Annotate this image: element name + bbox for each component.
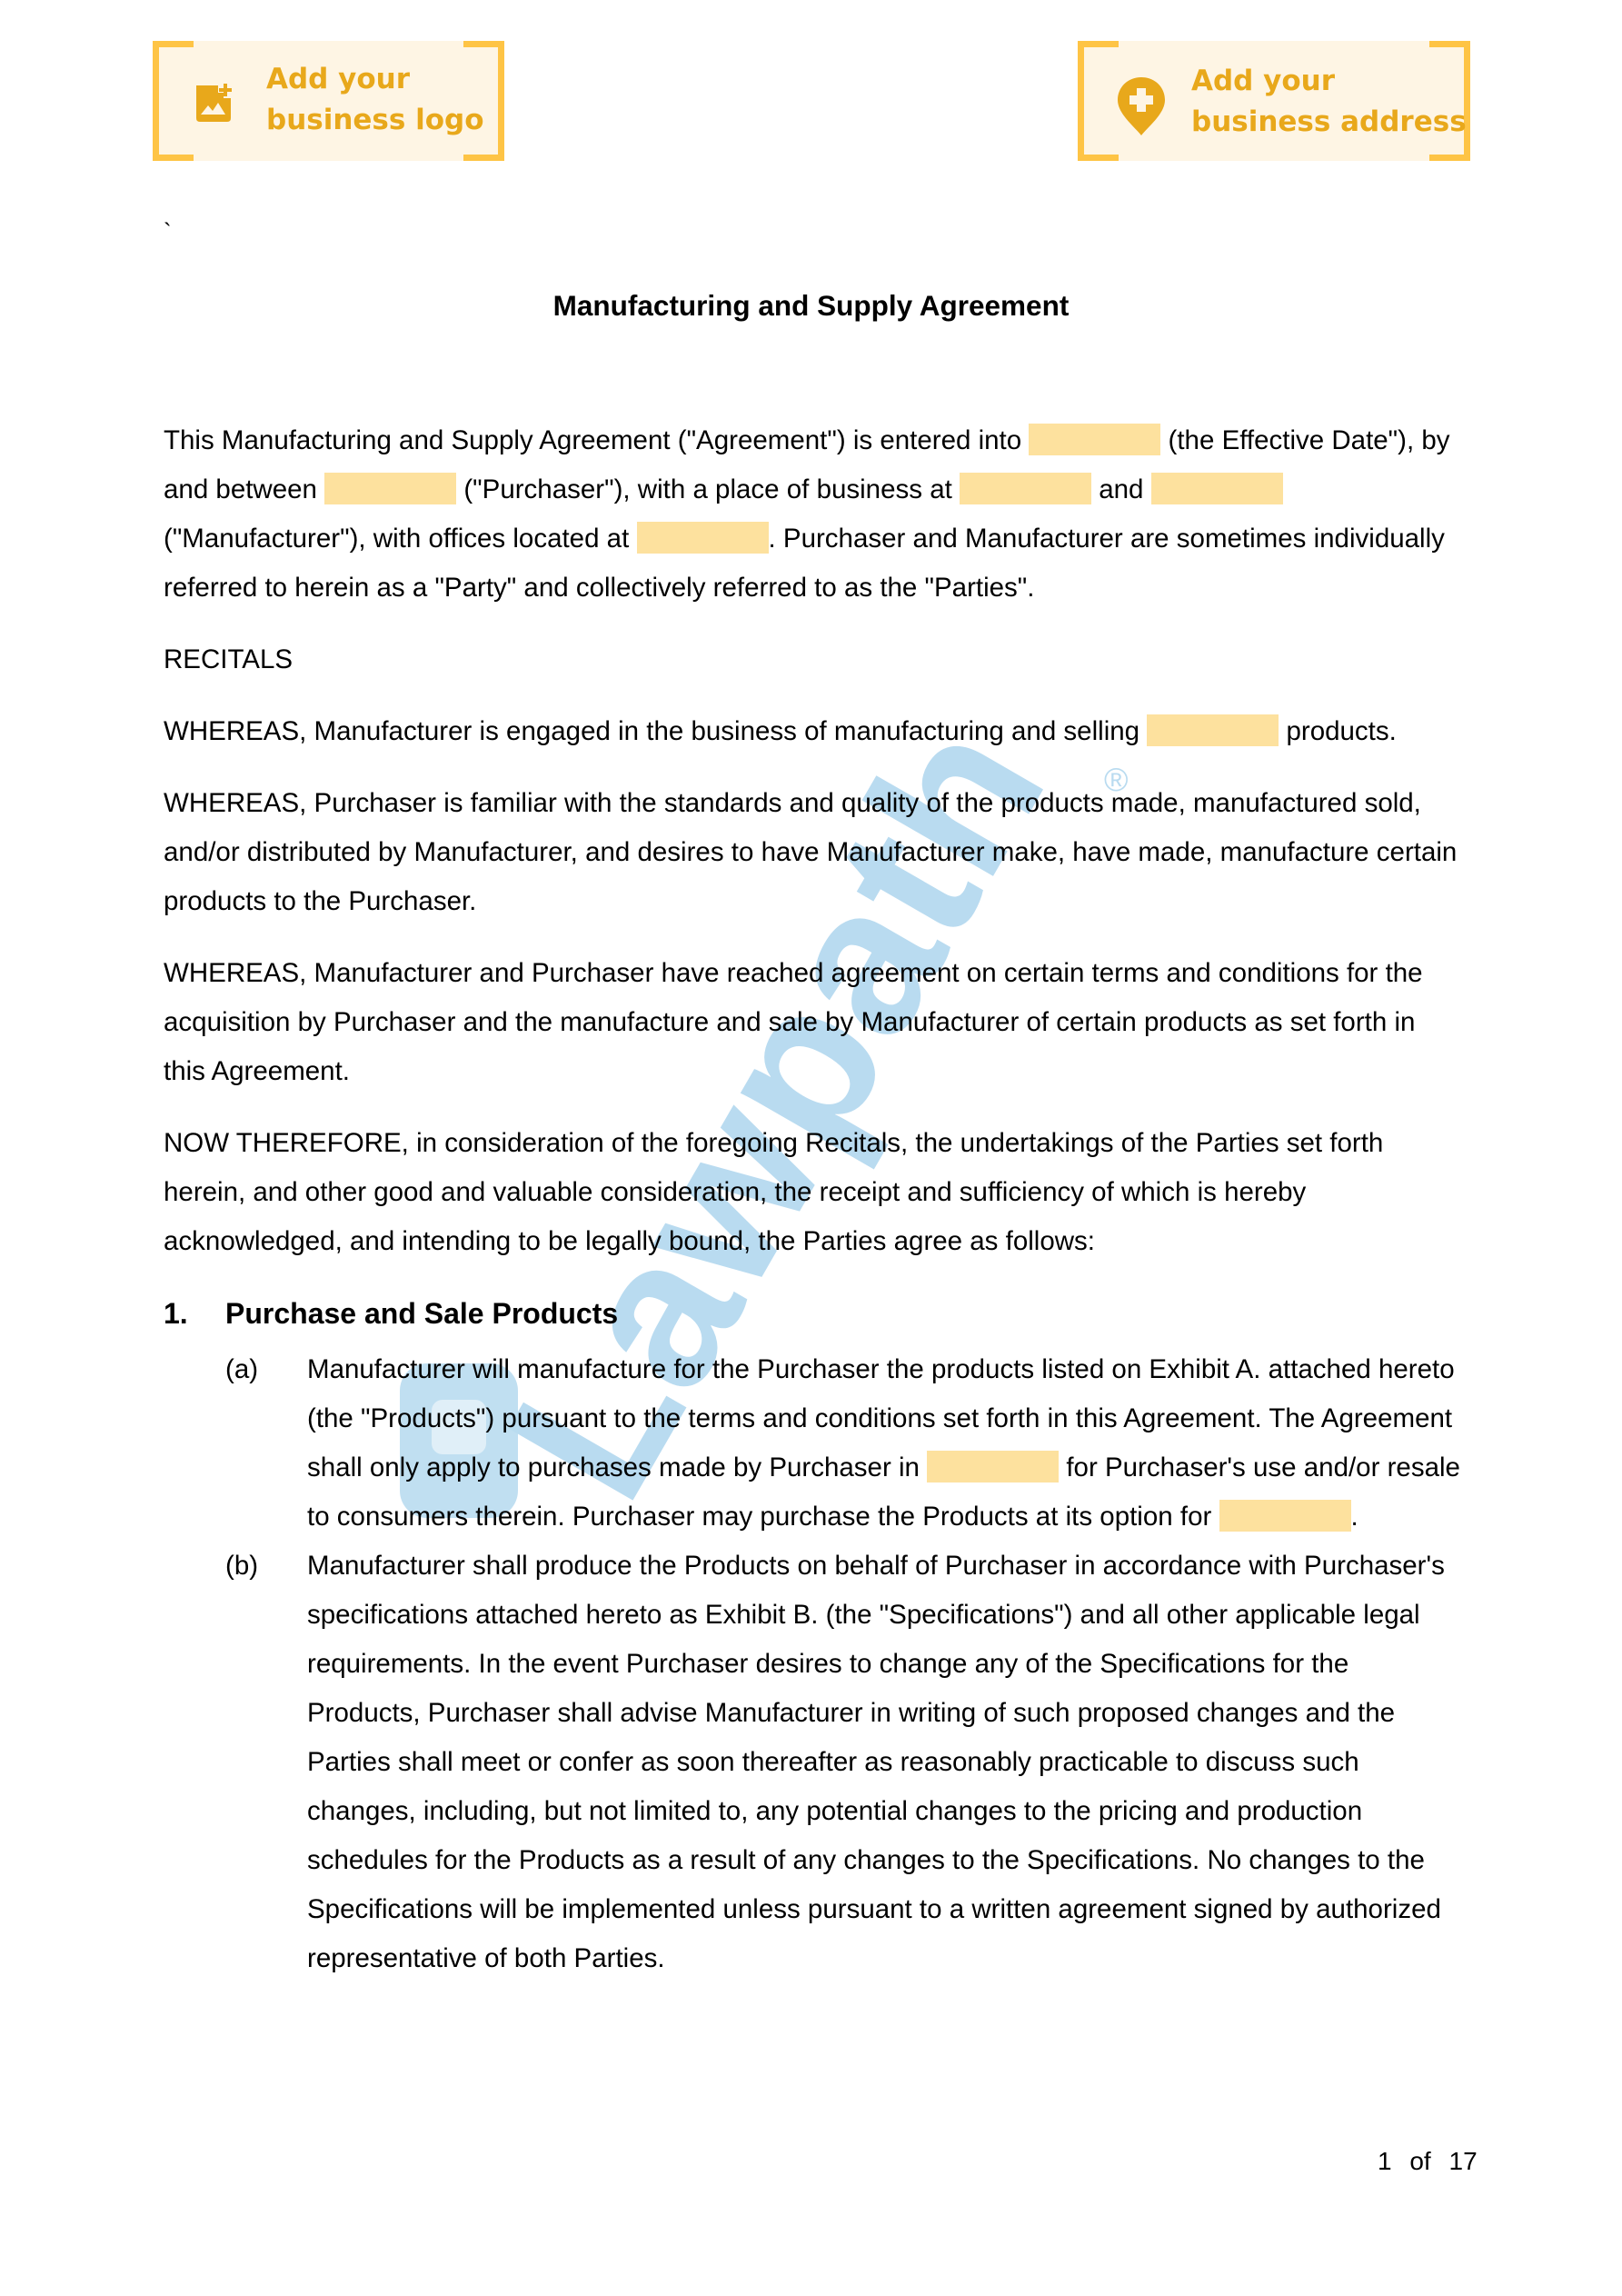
manufacturer-address-field[interactable] xyxy=(637,522,769,554)
effective-date-field[interactable] xyxy=(1029,424,1160,455)
image-add-icon xyxy=(191,80,236,125)
address-placeholder-text: Add your business address xyxy=(1191,61,1467,143)
section-1-heading: 1. Purchase and Sale Products xyxy=(164,1289,1463,1338)
purchaser-address-field[interactable] xyxy=(960,473,1091,504)
bracket-left xyxy=(153,41,194,161)
product-type-field[interactable] xyxy=(1147,714,1279,746)
logo-placeholder-text: Add your business logo xyxy=(266,59,484,141)
purchaser-name-field[interactable] xyxy=(324,473,456,504)
recital-3: WHEREAS, Manufacturer and Purchaser have… xyxy=(164,949,1463,1096)
document-body: This Manufacturing and Supply Agreement … xyxy=(164,416,1463,1983)
now-therefore-paragraph: NOW THEREFORE, in consideration of the f… xyxy=(164,1119,1463,1266)
bracket-left xyxy=(1078,41,1119,161)
location-plus-icon xyxy=(1116,75,1167,137)
intro-paragraph: This Manufacturing and Supply Agreement … xyxy=(164,416,1463,613)
recital-2: WHEREAS, Purchaser is familiar with the … xyxy=(164,779,1463,926)
page-number: 1 of 17 xyxy=(1378,2147,1478,2176)
stray-mark: ` xyxy=(164,218,172,246)
manufacturer-name-field[interactable] xyxy=(1151,473,1283,504)
clause-1a: (a) Manufacturer will manufacture for th… xyxy=(164,1345,1463,1542)
document-title: Manufacturing and Supply Agreement xyxy=(0,289,1622,323)
territory-field[interactable] xyxy=(927,1451,1059,1482)
add-business-logo-button[interactable]: Add your business logo xyxy=(153,41,504,161)
recitals-heading: RECITALS xyxy=(164,635,1463,684)
add-business-address-button[interactable]: Add your business address xyxy=(1078,41,1470,161)
clause-1b: (b) Manufacturer shall produce the Produ… xyxy=(164,1542,1463,1983)
recital-1: WHEREAS, Manufacturer is engaged in the … xyxy=(164,707,1463,756)
purchase-option-field[interactable] xyxy=(1219,1500,1351,1532)
